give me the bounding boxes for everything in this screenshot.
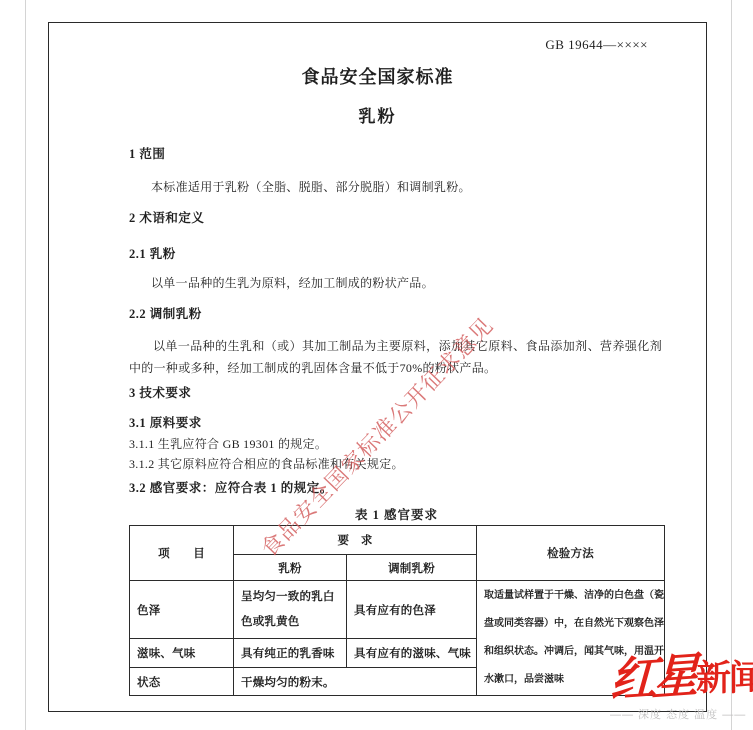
header-method: 检验方法: [477, 526, 665, 581]
sensory-requirements-table: 项 目 要 求 检验方法 乳粉 调制乳粉 色泽 呈均匀一致的乳白色或乳黄色 具有…: [129, 525, 665, 696]
table-row-color: 色泽 呈均匀一致的乳白色或乳黄色 具有应有的色泽 取适量试样置于干燥、洁净的白色…: [130, 581, 665, 639]
header-modified-milk-powder: 调制乳粉: [347, 555, 477, 581]
section-1-heading: 1 范围: [129, 144, 165, 162]
document-page: GB 19644—×××× 食品安全国家标准 乳粉 1 范围 本标准适用于乳粉（…: [48, 22, 707, 712]
cell-state-both: 干燥均匀的粉末。: [234, 668, 477, 696]
section-2-1-paragraph: 以单一品种的生乳为原料，经加工制成的粉状产品。: [151, 274, 434, 291]
table-1-caption: 表 1 感官要求: [129, 505, 664, 523]
section-3-heading: 3 技术要求: [129, 383, 191, 401]
section-3-2-heading: 3.2 感官要求：应符合表 1 的规定。: [129, 478, 333, 496]
cell-item-state: 状态: [130, 668, 234, 696]
logo-tagline: —— 深度 态度 温度 ——: [610, 706, 753, 722]
right-guide-line: [731, 0, 732, 730]
red-star-news-logo: 红星新闻 —— 深度 态度 温度 ——: [610, 656, 753, 722]
cell-taste-modified: 具有应有的滋味、气味: [347, 639, 477, 668]
section-2-heading: 2 术语和定义: [129, 208, 204, 226]
cell-color-milk: 呈均匀一致的乳白色或乳黄色: [234, 581, 347, 639]
screenshot-root: { "doc": { "number": "GB 19644—××××", "t…: [0, 0, 753, 730]
section-3-1-heading: 3.1 原料要求: [129, 413, 202, 431]
header-milk-powder: 乳粉: [234, 555, 347, 581]
table-header-row-1: 项 目 要 求 检验方法: [130, 526, 665, 555]
section-2-1-heading: 2.1 乳粉: [129, 244, 176, 262]
document-subtitle: 乳粉: [49, 102, 706, 127]
section-2-2-paragraph: 以单一品种的生乳和（或）其加工制品为主要原料，添加其它原料、食品添加剂、营养强化…: [129, 335, 662, 379]
header-requirement: 要 求: [234, 526, 477, 555]
document-title: 食品安全国家标准: [49, 63, 706, 89]
section-3-1-2-paragraph: 3.1.2 其它原料应符合相应的食品标准和有关规定。: [129, 455, 404, 472]
cell-taste-milk: 具有纯正的乳香味: [234, 639, 347, 668]
method-line-1: 取适量试样置于干燥、洁净的白色盘（瓷: [484, 582, 664, 610]
standard-number: GB 19644—××××: [545, 37, 648, 53]
section-2-2-heading: 2.2 调制乳粉: [129, 304, 202, 322]
section-3-1-1-paragraph: 3.1.1 生乳应符合 GB 19301 的规定。: [129, 435, 327, 452]
logo-text-hongxing: 红星: [609, 653, 694, 706]
section-1-paragraph: 本标准适用于乳粉（全脂、脱脂、部分脱脂）和调制乳粉。: [151, 178, 471, 195]
cell-item-color: 色泽: [130, 581, 234, 639]
logo-text-xinwen: 新闻: [696, 661, 753, 696]
header-item: 项 目: [130, 526, 234, 581]
cell-item-taste: 滋味、气味: [130, 639, 234, 668]
left-guide-line: [25, 0, 26, 730]
cell-color-modified: 具有应有的色泽: [347, 581, 477, 639]
method-line-2: 盘或同类容器）中，在自然光下观察色泽: [484, 610, 664, 638]
